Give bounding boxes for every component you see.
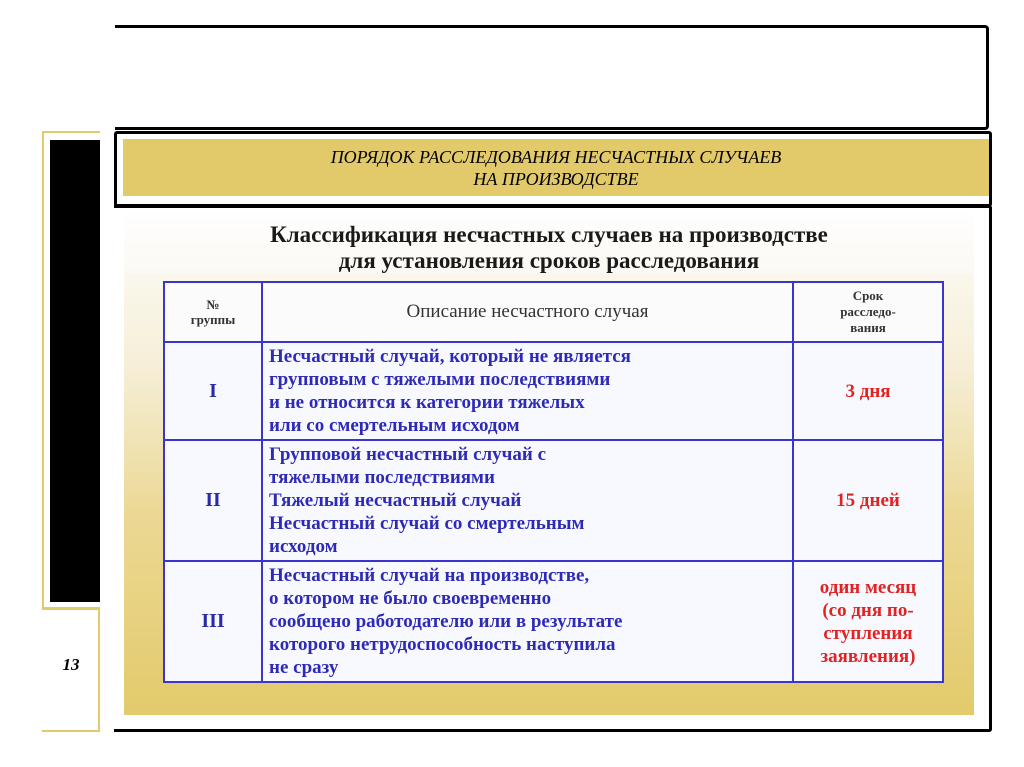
group-number-cell: I [164, 342, 262, 440]
header-description: Описание несчастного случая [262, 282, 793, 342]
term-line: заявления) [800, 645, 936, 668]
term-line: 3 дня [800, 380, 936, 403]
term-line: (со дня по- [800, 599, 936, 622]
left-black-bar [50, 140, 100, 602]
description-cell: Несчастный случай, который не являетсягр… [262, 342, 793, 440]
top-frame [115, 25, 989, 130]
term-line: один месяц [800, 576, 936, 599]
term-cell: 3 дня [793, 342, 943, 440]
description-line: о котором не было своевременно [269, 587, 786, 610]
group-number-cell: III [164, 561, 262, 682]
page-number: 13 [42, 655, 100, 675]
slide-title: ПОРЯДОК РАССЛЕДОВАНИЯ НЕСЧАСТНЫХ СЛУЧАЕВ… [123, 139, 989, 196]
table-row: IIIНесчастный случай на производстве,о к… [164, 561, 943, 682]
table-header-row: № группы Описание несчастного случая Сро… [164, 282, 943, 342]
description-line: не сразу [269, 656, 786, 679]
description-cell: Несчастный случай на производстве,о кото… [262, 561, 793, 682]
description-line: Несчастный случай со смертельным [269, 512, 786, 535]
description-line: Несчастный случай на производстве, [269, 564, 786, 587]
slide-title-line-1: ПОРЯДОК РАССЛЕДОВАНИЯ НЕСЧАСТНЫХ СЛУЧАЕВ [331, 146, 782, 168]
description-line: тяжелыми последствиями [269, 466, 786, 489]
description-line: Тяжелый несчастный случай [269, 489, 786, 512]
description-line: и не относится к категории тяжелых [269, 391, 786, 414]
description-cell: Групповой несчастный случай стяжелыми по… [262, 440, 793, 561]
description-line: Несчастный случай, который не является [269, 345, 786, 368]
description-line: которого нетрудоспособность наступила [269, 633, 786, 656]
document-heading: Классификация несчастных случаев на прои… [124, 222, 974, 274]
document-heading-line-2: для установления сроков расследования [124, 248, 974, 274]
description-line: сообщено работодателю или в результате [269, 610, 786, 633]
description-line: или со смертельным исходом [269, 414, 786, 437]
classification-table: № группы Описание несчастного случая Сро… [163, 281, 944, 683]
table-row: IIГрупповой несчастный случай стяжелыми … [164, 440, 943, 561]
table-row: IНесчастный случай, который не являетсяг… [164, 342, 943, 440]
term-line: 15 дней [800, 489, 936, 512]
term-cell: 15 дней [793, 440, 943, 561]
description-line: Групповой несчастный случай с [269, 443, 786, 466]
slide-title-line-2: НА ПРОИЗВОДСТВЕ [473, 168, 638, 190]
header-term: Срок расследо- вания [793, 282, 943, 342]
description-line: групповым с тяжелыми последствиями [269, 368, 786, 391]
term-cell: один месяц(со дня по-ступлениязаявления) [793, 561, 943, 682]
document-heading-line-1: Классификация несчастных случаев на прои… [124, 222, 974, 248]
term-line: ступления [800, 622, 936, 645]
group-number-cell: II [164, 440, 262, 561]
description-line: исходом [269, 535, 786, 558]
header-group-number: № группы [164, 282, 262, 342]
